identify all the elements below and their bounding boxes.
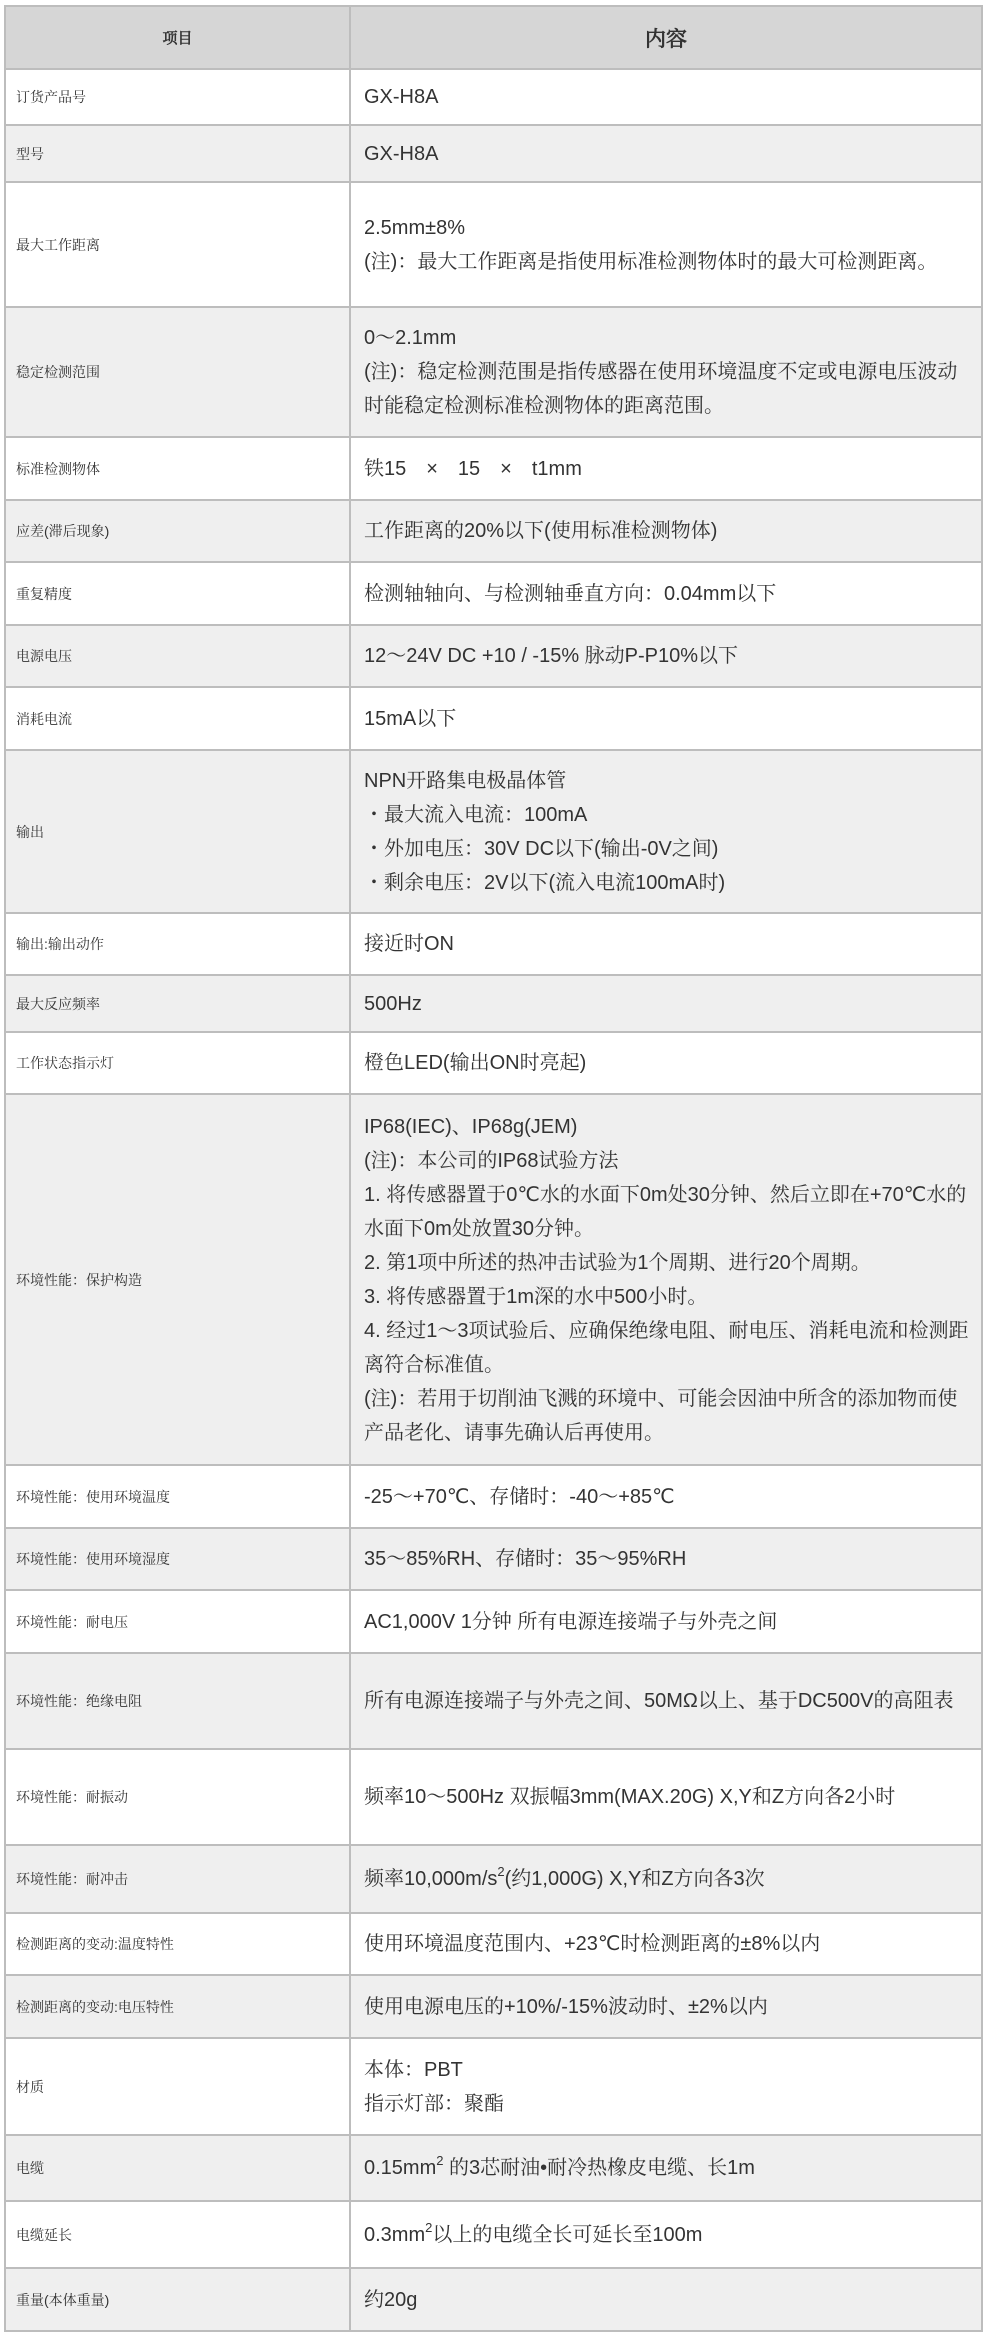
table-row: 检测距离的变动:电压特性使用电源电压的+10%/-15%波动时、±2%以内	[5, 1975, 982, 2038]
spec-value: 频率10,000m/s2(约1,000G) X,Y和Z方向各3次	[350, 1845, 982, 1913]
spec-label: 环境性能：耐电压	[5, 1590, 350, 1653]
spec-label: 检测距离的变动:温度特性	[5, 1913, 350, 1975]
spec-value-text: 以上的电缆全长可延长至100m	[432, 2224, 702, 2246]
spec-value: 15mA以下	[350, 687, 982, 750]
table-header-row: 项目 内容	[5, 6, 982, 69]
table-row: 环境性能：耐振动频率10～500Hz 双振幅3mm(MAX.20G) X,Y和Z…	[5, 1749, 982, 1845]
table-row: 重复精度检测轴轴向、与检测轴垂直方向：0.04mm以下	[5, 562, 982, 625]
spec-label: 环境性能：使用环境温度	[5, 1465, 350, 1528]
table-row: 环境性能：耐冲击频率10,000m/s2(约1,000G) X,Y和Z方向各3次	[5, 1845, 982, 1913]
spec-label: 检测距离的变动:电压特性	[5, 1975, 350, 2038]
spec-label: 工作状态指示灯	[5, 1032, 350, 1094]
table-row: 电缆0.15mm2 的3芯耐油•耐冷热橡皮电缆、长1m	[5, 2135, 982, 2201]
spec-value-text: 0.15mm	[364, 2157, 436, 2179]
table-row: 重量(本体重量)约20g	[5, 2268, 982, 2331]
spec-value: GX-H8A	[350, 125, 982, 182]
spec-value: 本体：PBT 指示灯部：聚酯	[350, 2038, 982, 2135]
column-header-item: 项目	[5, 6, 350, 69]
spec-label: 最大工作距离	[5, 182, 350, 307]
table-row: 输出:输出动作接近时ON	[5, 913, 982, 975]
spec-value: IP68(IEC)、IP68g(JEM) (注)：本公司的IP68试验方法 1.…	[350, 1094, 982, 1465]
spec-value: 0.15mm2 的3芯耐油•耐冷热橡皮电缆、长1m	[350, 2135, 982, 2201]
table-row: 电源电压12～24V DC +10 / -15% 脉动P-P10%以下	[5, 625, 982, 687]
spec-label: 稳定检测范围	[5, 307, 350, 437]
spec-value: 35～85%RH、存储时：35～95%RH	[350, 1528, 982, 1590]
spec-value: NPN开路集电极晶体管 ・最大流入电流：100mA ・外加电压：30V DC以下…	[350, 750, 982, 913]
spec-value: 约20g	[350, 2268, 982, 2331]
table-row: 最大工作距离2.5mm±8% (注)：最大工作距离是指使用标准检测物体时的最大可…	[5, 182, 982, 307]
table-row: 材质本体：PBT 指示灯部：聚酯	[5, 2038, 982, 2135]
spec-label: 电缆延长	[5, 2201, 350, 2268]
spec-value: 所有电源连接端子与外壳之间、50MΩ以上、基于DC500V的高阻表	[350, 1653, 982, 1749]
spec-value: 0～2.1mm (注)：稳定检测范围是指传感器在使用环境温度不定或电源电压波动时…	[350, 307, 982, 437]
spec-value: 2.5mm±8% (注)：最大工作距离是指使用标准检测物体时的最大可检测距离。	[350, 182, 982, 307]
spec-value: 0.3mm2以上的电缆全长可延长至100m	[350, 2201, 982, 2268]
spec-value-text: 频率10,000m/s	[364, 1868, 497, 1890]
spec-label: 输出	[5, 750, 350, 913]
spec-value: 工作距离的20%以下(使用标准检测物体)	[350, 500, 982, 562]
table-row: 环境性能：使用环境湿度35～85%RH、存储时：35～95%RH	[5, 1528, 982, 1590]
spec-label: 环境性能：绝缘电阻	[5, 1653, 350, 1749]
spec-value: GX-H8A	[350, 69, 982, 125]
spec-label: 最大反应频率	[5, 975, 350, 1032]
spec-label: 环境性能：耐冲击	[5, 1845, 350, 1913]
table-row: 订货产品号GX-H8A	[5, 69, 982, 125]
spec-value-text: 的3芯耐油•耐冷热橡皮电缆、长1m	[443, 2157, 754, 2179]
table-row: 标准检测物体铁15 × 15 × t1mm	[5, 437, 982, 500]
spec-label: 电源电压	[5, 625, 350, 687]
table-row: 消耗电流15mA以下	[5, 687, 982, 750]
spec-value-text: 0.3mm	[364, 2224, 425, 2246]
table-row: 检测距离的变动:温度特性使用环境温度范围内、+23℃时检测距离的±8%以内	[5, 1913, 982, 1975]
table-row: 最大反应频率500Hz	[5, 975, 982, 1032]
table-row: 应差(滞后现象)工作距离的20%以下(使用标准检测物体)	[5, 500, 982, 562]
table-row: 环境性能：耐电压AC1,000V 1分钟 所有电源连接端子与外壳之间	[5, 1590, 982, 1653]
spec-label: 订货产品号	[5, 69, 350, 125]
spec-value: 检测轴轴向、与检测轴垂直方向：0.04mm以下	[350, 562, 982, 625]
table-row: 环境性能：使用环境温度-25～+70℃、存储时：-40～+85℃	[5, 1465, 982, 1528]
spec-label: 环境性能：使用环境湿度	[5, 1528, 350, 1590]
table-row: 环境性能：绝缘电阻所有电源连接端子与外壳之间、50MΩ以上、基于DC500V的高…	[5, 1653, 982, 1749]
spec-label: 重量(本体重量)	[5, 2268, 350, 2331]
spec-label: 标准检测物体	[5, 437, 350, 500]
spec-label: 环境性能：保护构造	[5, 1094, 350, 1465]
superscript-exponent: 2	[497, 1864, 504, 1879]
table-row: 稳定检测范围0～2.1mm (注)：稳定检测范围是指传感器在使用环境温度不定或电…	[5, 307, 982, 437]
table-row: 工作状态指示灯橙色LED(输出ON时亮起)	[5, 1032, 982, 1094]
table-row: 型号GX-H8A	[5, 125, 982, 182]
table-row: 电缆延长0.3mm2以上的电缆全长可延长至100m	[5, 2201, 982, 2268]
spec-value: 12～24V DC +10 / -15% 脉动P-P10%以下	[350, 625, 982, 687]
spec-value: 铁15 × 15 × t1mm	[350, 437, 982, 500]
spec-value-text: (约1,000G) X,Y和Z方向各3次	[505, 1868, 765, 1890]
spec-value: AC1,000V 1分钟 所有电源连接端子与外壳之间	[350, 1590, 982, 1653]
spec-label: 消耗电流	[5, 687, 350, 750]
spec-label: 环境性能：耐振动	[5, 1749, 350, 1845]
spec-value: 使用电源电压的+10%/-15%波动时、±2%以内	[350, 1975, 982, 2038]
spec-label: 电缆	[5, 2135, 350, 2201]
spec-label: 应差(滞后现象)	[5, 500, 350, 562]
spec-value: 500Hz	[350, 975, 982, 1032]
spec-value: 接近时ON	[350, 913, 982, 975]
spec-table: 项目 内容 订货产品号GX-H8A型号GX-H8A最大工作距离2.5mm±8% …	[4, 5, 983, 2332]
spec-value: 频率10～500Hz 双振幅3mm(MAX.20G) X,Y和Z方向各2小时	[350, 1749, 982, 1845]
spec-value: 橙色LED(输出ON时亮起)	[350, 1032, 982, 1094]
spec-label: 输出:输出动作	[5, 913, 350, 975]
spec-label: 材质	[5, 2038, 350, 2135]
spec-label: 重复精度	[5, 562, 350, 625]
table-row: 输出NPN开路集电极晶体管 ・最大流入电流：100mA ・外加电压：30V DC…	[5, 750, 982, 913]
spec-label: 型号	[5, 125, 350, 182]
column-header-content: 内容	[350, 6, 982, 69]
table-row: 环境性能：保护构造IP68(IEC)、IP68g(JEM) (注)：本公司的IP…	[5, 1094, 982, 1465]
spec-value: -25～+70℃、存储时：-40～+85℃	[350, 1465, 982, 1528]
spec-value: 使用环境温度范围内、+23℃时检测距离的±8%以内	[350, 1913, 982, 1975]
